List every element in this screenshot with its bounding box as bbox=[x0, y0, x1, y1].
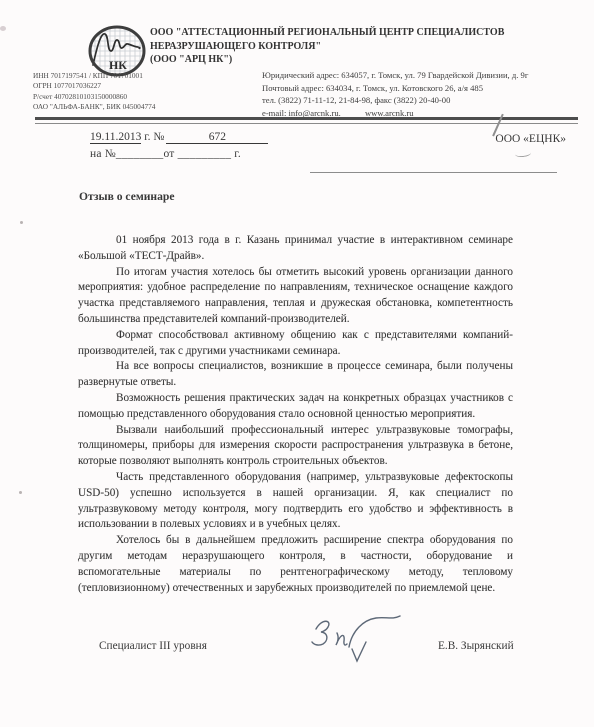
scan-speck bbox=[19, 491, 22, 494]
paragraph-3: Формат способствовал активному общению к… bbox=[78, 328, 513, 360]
company-name-line3: (ООО "АРЦ НК") bbox=[150, 53, 570, 67]
scan-speck bbox=[20, 221, 23, 224]
paragraph-6: Вызвали наибольший профессиональный инте… bbox=[78, 423, 513, 470]
signature-graphic bbox=[296, 602, 408, 676]
letter-body: 01 ноября 2013 года в г. Казань принимал… bbox=[78, 233, 513, 596]
paragraph-4: На все вопросы специалистов, возникшие в… bbox=[78, 359, 513, 391]
paragraph-7: Часть представленного оборудования (напр… bbox=[78, 470, 513, 533]
letter-date: 19.11.2013 bbox=[90, 131, 141, 144]
paragraph-8: Хотелось бы в дальнейшем предложить расш… bbox=[78, 533, 513, 596]
company-name-line1: ООО "АТТЕСТАЦИОННЫЙ РЕГИОНАЛЬНЫЙ ЦЕНТР С… bbox=[150, 26, 570, 40]
document-title: Отзыв о семинаре bbox=[79, 190, 175, 203]
company-name-line2: НЕРАЗРУШАЮЩЕГО КОНТРОЛЯ" bbox=[150, 40, 570, 54]
paragraph-1: 01 ноября 2013 года в г. Казань принимал… bbox=[78, 233, 513, 265]
requisite-account: Р/счет 40702810103150000860 bbox=[33, 92, 253, 102]
logo-text: НК bbox=[109, 58, 127, 72]
scanned-letter-page: НК ООО "АТТЕСТАЦИОННЫЙ РЕГИОНАЛЬНЫЙ ЦЕНТ… bbox=[0, 0, 594, 727]
requisite-ogrn: ОГРН 1077017036227 bbox=[33, 81, 253, 91]
company-contacts: Юридический адрес: 634057, г. Томск, ул.… bbox=[262, 69, 577, 119]
recipient-name: ООО «ЕЦНК» bbox=[495, 133, 566, 145]
logo-waveform-dot bbox=[138, 47, 140, 49]
legal-address: Юридический адрес: 634057, г. Томск, ул.… bbox=[262, 69, 577, 82]
outgoing-reference-line: 19.11.2013 г. №672 bbox=[90, 131, 268, 144]
company-name-block: ООО "АТТЕСТАЦИОННЫЙ РЕГИОНАЛЬНЫЙ ЦЕНТР С… bbox=[150, 26, 570, 67]
company-requisites: ИНН 7017197541 / КПП 701701001 ОГРН 1077… bbox=[33, 71, 253, 113]
recipient-underline-rule bbox=[310, 172, 557, 173]
postal-address: Почтовый адрес: 634034, г. Томск, ул. Ко… bbox=[262, 82, 577, 95]
paragraph-5: Возможность решения практических задач н… bbox=[78, 391, 513, 423]
incoming-reference-line: на №________от _________ г. bbox=[90, 148, 241, 160]
handwritten-signature bbox=[296, 602, 408, 676]
requisite-inn-kpp: ИНН 7017197541 / КПП 701701001 bbox=[33, 71, 253, 81]
signer-position: Специалист III уровня bbox=[99, 640, 207, 652]
phone-fax: тел. (3822) 71-11-12, 21-84-98, факс (38… bbox=[262, 94, 577, 107]
date-number-label: г. № bbox=[141, 131, 164, 143]
requisite-bank: ОАО "АЛЬФА-БАНК", БИК 045004774 bbox=[33, 102, 253, 112]
paragraph-2: По итогам участия хотелось бы отметить в… bbox=[78, 265, 513, 328]
pen-squiggle-artifact bbox=[515, 149, 532, 158]
scan-speck bbox=[0, 26, 6, 31]
outgoing-number-value: 672 bbox=[209, 131, 226, 143]
outgoing-number: 672 bbox=[166, 131, 268, 144]
signer-name: Е.В. Зырянский bbox=[438, 640, 514, 652]
